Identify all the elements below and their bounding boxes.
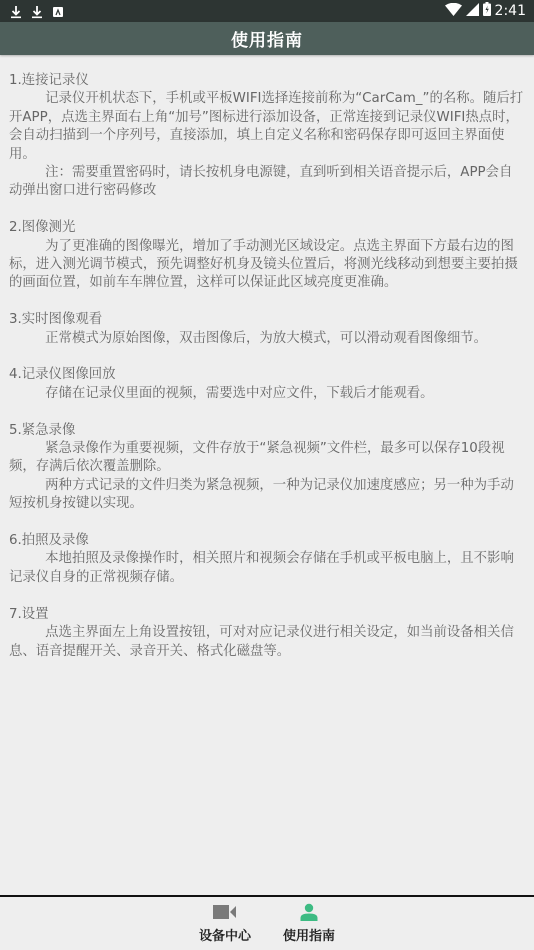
wifi-icon <box>445 3 462 20</box>
app-bar: 使用指南 <box>0 22 534 55</box>
clock-time: 2:41 <box>495 3 526 19</box>
guide-content: 1.连接记录仪 记录仪开机状态下，手机或平板WIFI选择连接前称为“CarCam… <box>9 72 525 679</box>
section-title: 5.紧急录像 <box>9 422 525 440</box>
section-paragraph: 为了更准确的图像曝光，增加了手动测光区域设定。点选主界面下方最右边的图标，进入测… <box>9 238 525 293</box>
guide-section-photo-video: 6.拍照及录像 本地拍照及录像操作时，相关照片和视频会存储在手机或平板电脑上，且… <box>9 532 525 587</box>
video-camera-icon <box>213 903 237 921</box>
section-paragraph: 两种方式记录的文件归类为紧急视频，一种为记录仪加速度感应；另一种为手动短按机身按… <box>9 477 525 514</box>
section-title: 1.连接记录仪 <box>9 72 525 90</box>
section-paragraph: 记录仪开机状态下，手机或平板WIFI选择连接前称为“CarCam_”的名称。随后… <box>9 90 525 164</box>
guide-section-settings: 7.设置 点选主界面左上角设置按钮，可对对应记录仪进行相关设定，如当前设备相关信… <box>9 606 525 661</box>
section-title: 4.记录仪图像回放 <box>9 366 525 384</box>
status-right-icons: 2:41 <box>445 2 526 20</box>
section-paragraph: 存储在记录仪里面的视频，需要选中对应文件，下载后才能观看。 <box>9 385 525 403</box>
section-paragraph: 紧急录像作为重要视频，文件存放于“紧急视频”文件栏，最多可以保存10段视频，存满… <box>9 440 525 477</box>
battery-charging-icon <box>483 2 491 20</box>
download-icon <box>31 4 43 18</box>
section-paragraph: 正常模式为原始图像，双击图像后，为放大模式，可以滑动观看图像细节。 <box>9 330 525 348</box>
section-paragraph: 点选主界面左上角设置按钮，可对对应记录仪进行相关设定，如当前设备相关信息、语音提… <box>9 624 525 661</box>
section-title: 3.实时图像观看 <box>9 311 525 329</box>
bottom-nav: 设备中心 使用指南 <box>0 897 534 950</box>
cell-signal-icon <box>466 3 479 20</box>
guide-section-playback: 4.记录仪图像回放 存储在记录仪里面的视频，需要选中对应文件，下载后才能观看。 <box>9 366 525 403</box>
status-left-icons <box>10 4 64 18</box>
guide-section-metering: 2.图像测光 为了更准确的图像曝光，增加了手动测光区域设定。点选主界面下方最右边… <box>9 219 525 293</box>
section-note: 注：需要重置密码时，请长按机身电源键，直到听到相关语音提示后，APP会自动弹出窗… <box>9 164 525 201</box>
guide-section-connect: 1.连接记录仪 记录仪开机状态下，手机或平板WIFI选择连接前称为“CarCam… <box>9 72 525 201</box>
guide-section-live-view: 3.实时图像观看 正常模式为原始图像，双击图像后，为放大模式，可以滑动观看图像细… <box>9 311 525 348</box>
notification-app-icon <box>52 4 64 18</box>
section-title: 7.设置 <box>9 606 525 624</box>
section-title: 2.图像测光 <box>9 219 525 237</box>
download-icon <box>10 4 22 18</box>
tab-label: 使用指南 <box>283 925 335 944</box>
tab-device-center[interactable]: 设备中心 <box>197 897 253 950</box>
tab-user-guide[interactable]: 使用指南 <box>281 897 337 950</box>
page-title: 使用指南 <box>231 26 303 51</box>
tab-label: 设备中心 <box>199 925 251 944</box>
section-title: 6.拍照及录像 <box>9 532 525 550</box>
status-bar: 2:41 <box>0 0 534 22</box>
person-icon <box>297 903 321 921</box>
guide-section-emergency: 5.紧急录像 紧急录像作为重要视频，文件存放于“紧急视频”文件栏，最多可以保存1… <box>9 422 525 514</box>
section-paragraph: 本地拍照及录像操作时，相关照片和视频会存储在手机或平板电脑上，且不影响记录仪自身… <box>9 550 525 587</box>
